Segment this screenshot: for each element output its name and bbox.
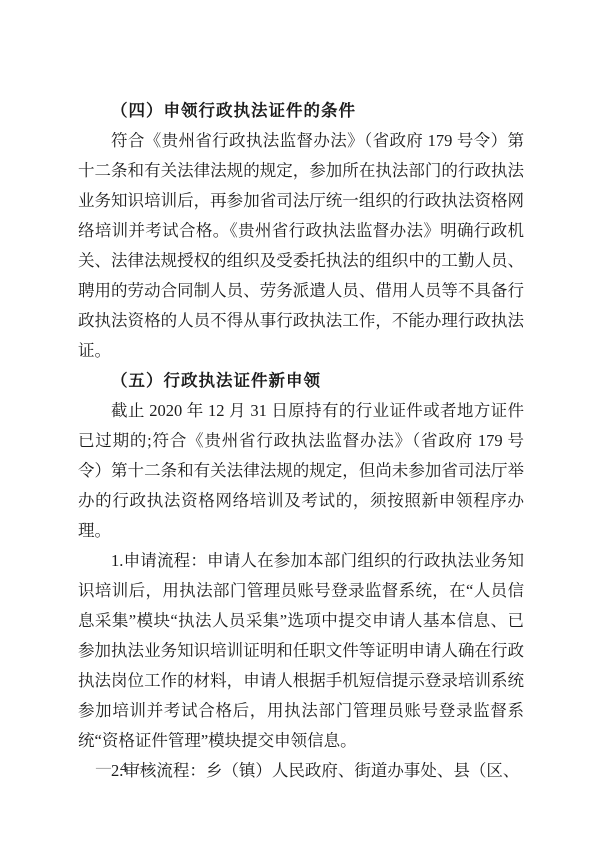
page-number: 4 [120,757,128,779]
paragraph-new-application-scope: 截止 2020 年 12 月 31 日原持有的行业证件或者地方证件已过期的;符合… [78,396,524,546]
paragraph-conditions: 符合《贵州省行政执法监督办法》（省政府 179 号令）第十二条和有关法律法规的规… [78,126,524,366]
paragraph-application-process: 1.申请流程：申请人在参加本部门组织的行政执法业务知识培训后，用执法部门管理员账… [78,546,524,756]
footer-dash-left: — [96,757,111,779]
footer-dash-right: — [137,757,152,779]
section-heading-four: （四）申领行政执法证件的条件 [78,96,524,126]
document-page: （四）申领行政执法证件的条件 符合《贵州省行政执法监督办法》（省政府 179 号… [0,0,600,850]
page-footer: — 4 — [96,757,152,779]
section-heading-five: （五）行政执法证件新申领 [78,366,524,396]
document-body: （四）申领行政执法证件的条件 符合《贵州省行政执法监督办法》（省政府 179 号… [78,96,524,786]
